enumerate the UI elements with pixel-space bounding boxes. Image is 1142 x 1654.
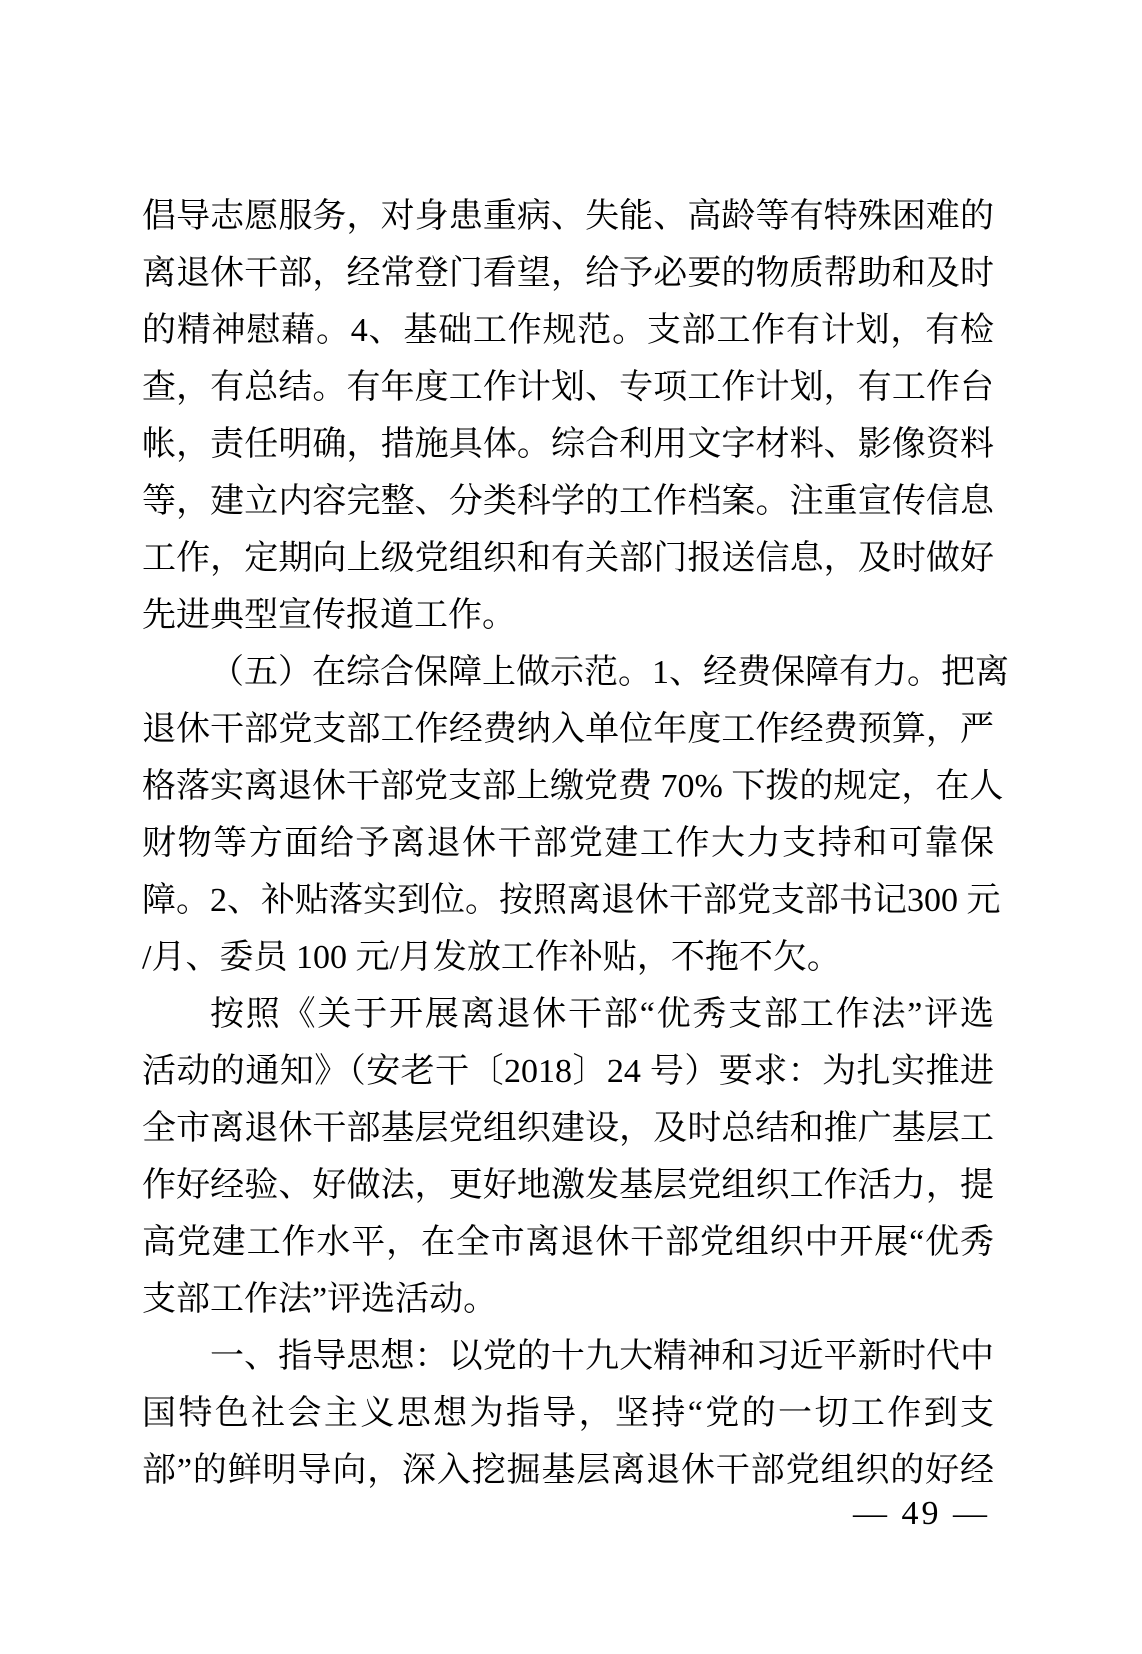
paragraph: （五）在综合保障上做示范。1、经费保障有力。把离退休干部党支部工作经费纳入单位年… bbox=[142, 644, 994, 986]
text-line: 帐，责任明确，措施具体。综合利用文字材料、影像资料 bbox=[142, 416, 994, 473]
text-line: 格落实离退休干部党支部上缴党费 70% 下拨的规定，在人 bbox=[142, 758, 994, 815]
paragraph: 倡导志愿服务，对身患重病、失能、高龄等有特殊困难的离退休干部，经常登门看望，给予… bbox=[142, 188, 994, 644]
text-line: 一、指导思想：以党的十九大精神和习近平新时代中 bbox=[142, 1328, 994, 1385]
text-line: 工作，定期向上级党组织和有关部门报送信息，及时做好 bbox=[142, 530, 994, 587]
text-line: 按照《关于开展离退休干部“优秀支部工作法”评选 bbox=[142, 986, 994, 1043]
text-line: 国特色社会主义思想为指导，坚持“党的一切工作到支 bbox=[142, 1385, 994, 1442]
paragraph: 按照《关于开展离退休干部“优秀支部工作法”评选活动的通知》（安老干〔2018〕2… bbox=[142, 986, 994, 1328]
text-line: 查，有总结。有年度工作计划、专项工作计划，有工作台 bbox=[142, 359, 994, 416]
text-line: 全市离退休干部基层党组织建设，及时总结和推广基层工 bbox=[142, 1100, 994, 1157]
document-page: { "page": { "number_label": "— 49 —", "c… bbox=[0, 0, 1142, 1654]
text-line: （五）在综合保障上做示范。1、经费保障有力。把离 bbox=[142, 644, 994, 701]
text-block: 倡导志愿服务，对身患重病、失能、高龄等有特殊困难的离退休干部，经常登门看望，给予… bbox=[142, 188, 994, 1499]
text-line: 财物等方面给予离退休干部党建工作大力支持和可靠保 bbox=[142, 815, 994, 872]
text-line: 部”的鲜明导向，深入挖掘基层离退休干部党组织的好经 bbox=[142, 1442, 994, 1499]
text-line: 障。2、补贴落实到位。按照离退休干部党支部书记300 元 bbox=[142, 872, 994, 929]
text-line: 退休干部党支部工作经费纳入单位年度工作经费预算，严 bbox=[142, 701, 994, 758]
text-line: 先进典型宣传报道工作。 bbox=[142, 587, 994, 644]
text-line: 的精神慰藉。4、基础工作规范。支部工作有计划，有检 bbox=[142, 302, 994, 359]
text-line: 高党建工作水平，在全市离退休干部党组织中开展“优秀 bbox=[142, 1214, 994, 1271]
text-line: 倡导志愿服务，对身患重病、失能、高龄等有特殊困难的 bbox=[142, 188, 994, 245]
page-sheet: 倡导志愿服务，对身患重病、失能、高龄等有特殊困难的离退休干部，经常登门看望，给予… bbox=[0, 0, 1142, 1654]
text-line: 活动的通知》（安老干〔2018〕24 号）要求：为扎实推进 bbox=[142, 1043, 994, 1100]
text-line: 离退休干部，经常登门看望，给予必要的物质帮助和及时 bbox=[142, 245, 994, 302]
page-number: — 49 — bbox=[853, 1494, 990, 1534]
text-line: 等，建立内容完整、分类科学的工作档案。注重宣传信息 bbox=[142, 473, 994, 530]
text-line: /月、委员 100 元/月发放工作补贴，不拖不欠。 bbox=[142, 929, 994, 986]
text-line: 支部工作法”评选活动。 bbox=[142, 1271, 994, 1328]
paragraph: 一、指导思想：以党的十九大精神和习近平新时代中国特色社会主义思想为指导，坚持“党… bbox=[142, 1328, 994, 1499]
text-line: 作好经验、好做法，更好地激发基层党组织工作活力，提 bbox=[142, 1157, 994, 1214]
